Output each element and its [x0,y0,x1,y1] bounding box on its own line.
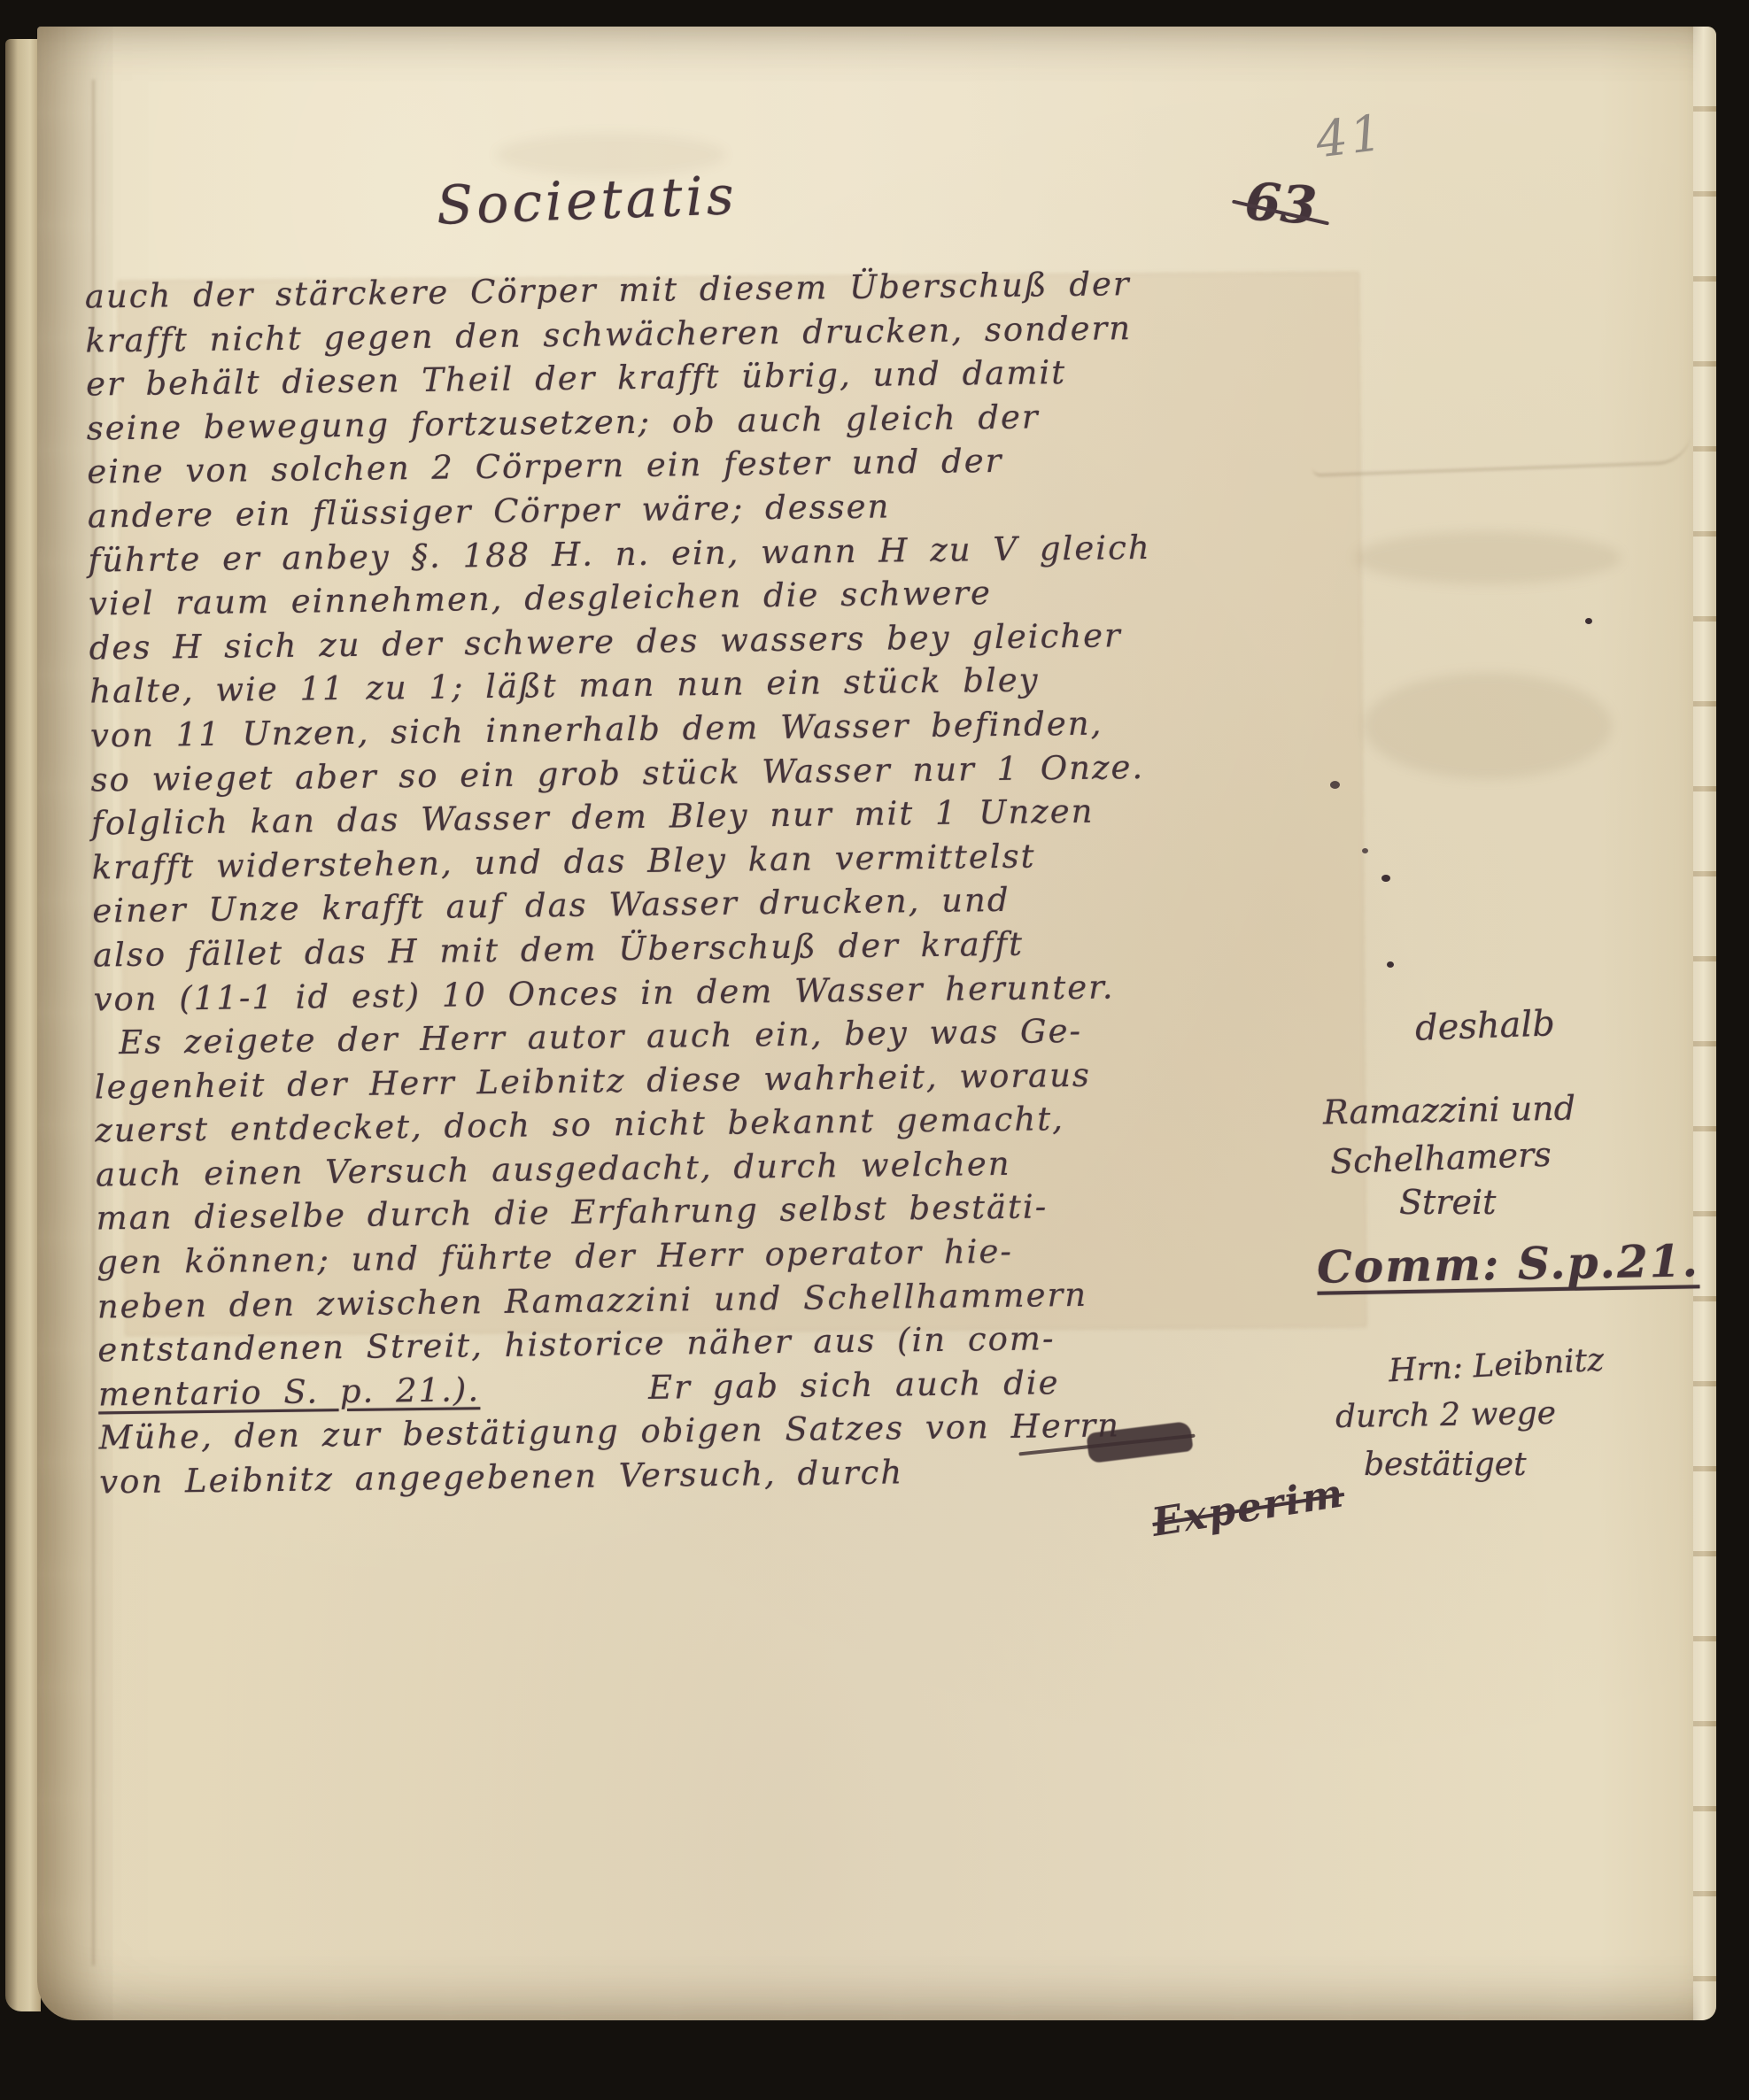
ink-speck [1381,875,1390,882]
ink-speck [1362,848,1368,853]
faint-offset-scribble [1309,376,1692,477]
page-number-ink: 63 [1243,171,1319,235]
margin-citation-comm: Comm: S.p.21. [1317,1234,1700,1293]
ink-smudge [1355,531,1621,584]
margin-note-leibnitz-line3: bestätiget [1364,1447,1527,1483]
ink-speck [1585,618,1592,624]
margin-note-streit-line1: Ramazzini und [1323,1089,1576,1132]
margin-note-leibnitz-line2: durch 2 wege [1335,1395,1557,1435]
margin-note-leibnitz-line1: Hrn: Leibnitz [1388,1342,1605,1390]
running-header-title: Societatis [436,165,739,237]
manuscript-text: auch der stärckere Cörper mit diesem Übe… [85,260,1333,1505]
margin-note-streit-line2: Schelhamers [1329,1135,1552,1182]
margin-note-deshalb: deshalb [1414,1003,1555,1048]
folio-number-pencil: 41 [1312,104,1388,170]
ink-speck [1330,781,1340,789]
margin-note-streit-line3: Streit [1399,1183,1496,1222]
ink-speck [1387,961,1394,968]
ink-smudge [1364,673,1612,779]
page-content-layer: Societatis 63 41 auch der stärckere Cörp… [0,0,1749,2100]
scanned-manuscript-page: Societatis 63 41 auch der stärckere Cörp… [0,0,1749,2100]
